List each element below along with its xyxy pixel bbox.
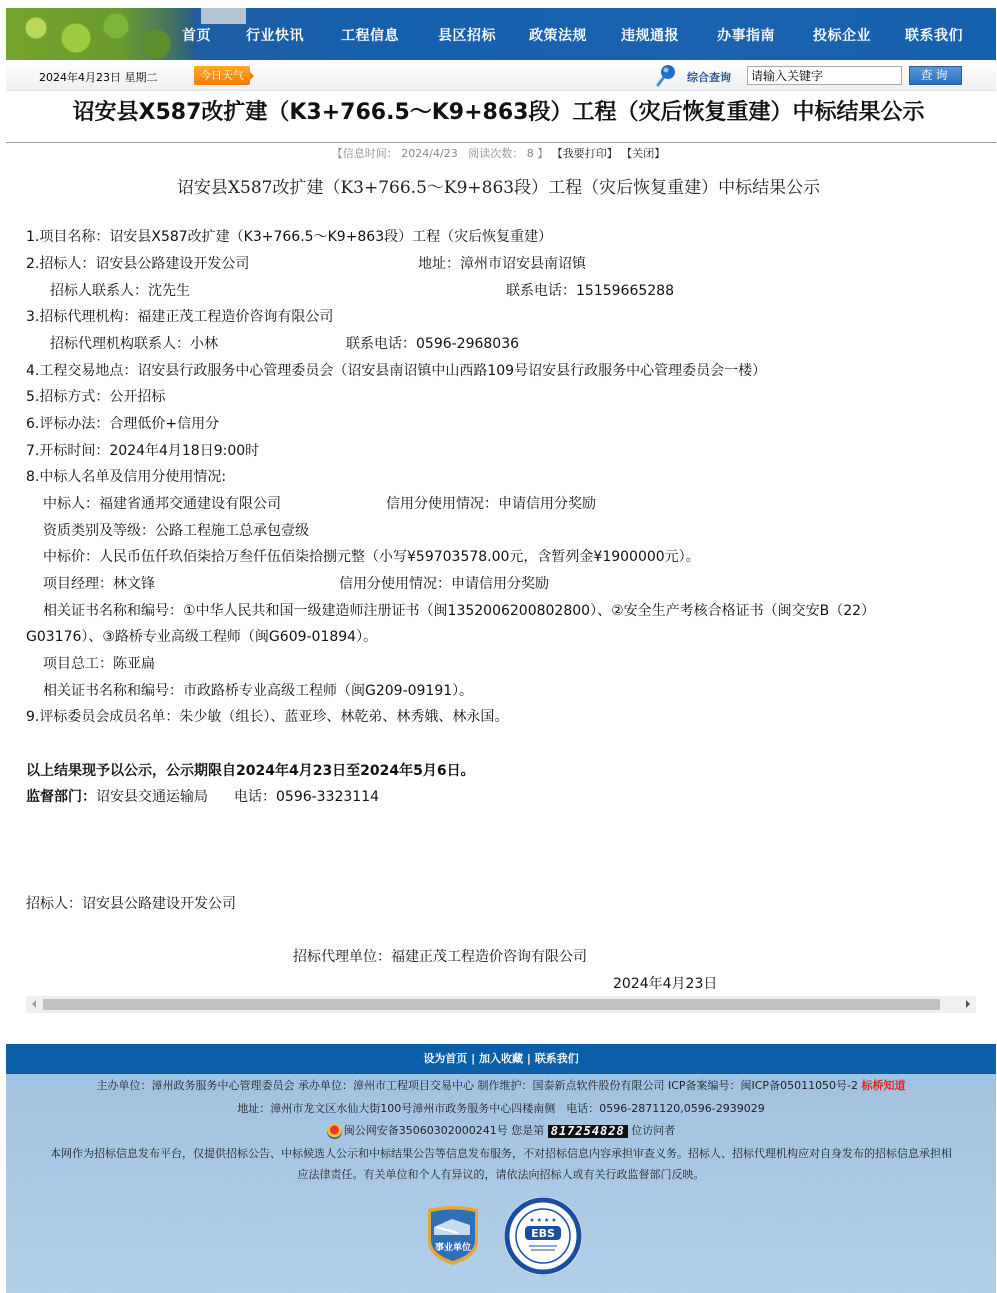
- page-title: 诏安县X587改扩建（K3+766.5～K9+863段）工程（灾后恢复重建）中标…: [0, 95, 997, 126]
- nav-item-3[interactable]: 县区招标: [438, 25, 496, 45]
- manager-certificates: 相关证书名称和编号：①中华人民共和国一级建造师注册证书（闽13520062008…: [43, 600, 875, 622]
- chief-engineer: 项目总工：陈亚扁: [43, 653, 155, 675]
- footer-visitor-suffix: 位访问者: [628, 1124, 676, 1137]
- footer-security-text: 闽公网安备35060302000241号 您是第: [344, 1124, 548, 1137]
- weather-button[interactable]: 今日天气: [194, 66, 250, 85]
- info-time-label: 【信息时间：: [332, 147, 398, 160]
- svg-text:★ ★ ★ ★: ★ ★ ★ ★: [529, 1217, 556, 1224]
- nav-item-2[interactable]: 工程信息: [341, 25, 399, 45]
- visitor-counter: 817254828: [548, 1125, 628, 1138]
- footer-disclaimer-cont: 应法律责任。有关单位和个人有异议的，请依法向招标人或有关行政监督部门反映。: [6, 1166, 996, 1182]
- project-name: 1.项目名称：诏安县X587改扩建（K3+766.5～K9+863段）工程（灾后…: [26, 226, 552, 248]
- footer-disclaimer: 本网作为招标信息发布平台，仅提供招标公告、中标候选人公示和中标结果公告等信息发布…: [6, 1145, 996, 1161]
- footer-security-line: 闽公网安备35060302000241号 您是第 817254828 位访问者: [6, 1122, 996, 1139]
- contact-us-link[interactable]: 联系我们: [535, 1052, 579, 1065]
- nav-item-0[interactable]: 首页: [182, 25, 211, 45]
- svg-text:事业单位: 事业单位: [435, 1241, 471, 1253]
- footer-separator: |: [523, 1052, 535, 1065]
- signature-tenderer: 招标人：诏安县公路建设开发公司: [26, 893, 236, 915]
- header-banner: 首页行业快讯工程信息县区招标政策法规违规通报办事指南投标企业联系我们: [6, 8, 996, 60]
- ebs-certification-badge-icon[interactable]: ★ ★ ★ ★ EBS: [497, 1196, 589, 1276]
- supervision-name: 诏安县交通运输局: [96, 789, 208, 805]
- svg-text:EBS: EBS: [531, 1227, 555, 1240]
- footer-organizer-line: 主办单位：漳州政务服务中心管理委员会 承办单位：漳州市工程项目交易中心 制作维护…: [6, 1077, 996, 1093]
- meta-close-bracket: 】: [537, 147, 548, 160]
- committee-members: 9.评标委员会成员名单：朱少敏（组长）、蓝亚珍、林乾弟、林秀娥、林永国。: [26, 706, 508, 728]
- scroll-thumb[interactable]: [43, 999, 940, 1010]
- nav-item-7[interactable]: 投标企业: [813, 25, 871, 45]
- title-divider: [6, 142, 996, 143]
- publicity-period: 以上结果现予以公示，公示期限自2024年4月23日至2024年5月6日。: [26, 760, 475, 782]
- police-badge-icon: [327, 1124, 342, 1139]
- add-favorite-link[interactable]: 加入收藏: [479, 1052, 523, 1065]
- scroll-left-arrow-icon[interactable]: [32, 1000, 36, 1008]
- public-institution-badge-icon[interactable]: 事业单位: [424, 1203, 482, 1267]
- search-button[interactable]: 查询: [909, 66, 962, 85]
- supervision-dept: 监督部门：诏安县交通运输局电话：0596-3323114: [26, 786, 379, 808]
- opening-time: 7.开标时间：2024年4月18日9:00时: [26, 440, 259, 462]
- current-date: 2024年4月23日 星期二: [39, 69, 158, 85]
- tenderer-address: 地址：漳州市诏安县南诏镇: [418, 253, 586, 275]
- tenderer-phone: 联系电话：15159665288: [506, 280, 674, 302]
- close-link[interactable]: 【关闭】: [621, 147, 665, 160]
- agency-phone: 联系电话：0596-2968036: [346, 333, 519, 355]
- agency-contact: 招标代理机构联系人：小林: [50, 333, 218, 355]
- agency: 3.招标代理机构：福建正茂工程造价咨询有限公司: [26, 306, 333, 328]
- nav-item-6[interactable]: 办事指南: [717, 25, 775, 45]
- horizontal-scrollbar[interactable]: [26, 996, 976, 1013]
- nav-item-4[interactable]: 政策法规: [529, 25, 587, 45]
- footer-address: 地址：漳州市龙文区水仙大街100号漳州市政务服务中心四楼南侧 电话：0596-2…: [6, 1100, 996, 1116]
- print-link[interactable]: 【我要打印】: [552, 147, 618, 160]
- manager-credit-usage: 信用分使用情况：申请信用分奖励: [339, 573, 549, 595]
- footer-separator: |: [467, 1052, 479, 1065]
- engineer-certificates: 相关证书名称和编号：市政路桥专业高级工程师（闽G209-09191）。: [43, 680, 473, 702]
- tenderer-contact: 招标人联系人：沈先生: [50, 280, 190, 302]
- tender-method: 5.招标方式：公开招标: [26, 386, 165, 408]
- winner-credit-usage: 信用分使用情况：申请信用分奖励: [386, 493, 596, 515]
- project-manager: 项目经理：林文锋: [43, 573, 155, 595]
- supervision-label: 监督部门：: [26, 789, 96, 805]
- winning-price: 中标价：人民币伍仟玖佰柒拾万叁仟伍佰柒拾捌元整（小写¥59703578.00元，…: [43, 546, 700, 568]
- trade-location: 4.工程交易地点：诏安县行政服务中心管理委员会（诏安县南诏镇中山西路109号诏安…: [26, 360, 766, 382]
- nav-item-5[interactable]: 违规通报: [621, 25, 679, 45]
- tenderer: 2.招标人：诏安县公路建设开发公司: [26, 253, 249, 275]
- scroll-right-arrow-icon[interactable]: [966, 1000, 970, 1008]
- footer-links-bar: 设为首页 | 加入收藏 | 联系我们: [6, 1044, 996, 1074]
- banner-building-image: [201, 8, 246, 24]
- signature-agency: 招标代理单位：福建正茂工程造价咨询有限公司: [293, 946, 587, 968]
- nav-item-1[interactable]: 行业快讯: [246, 25, 304, 45]
- search-input[interactable]: [747, 66, 902, 85]
- article-meta: 【信息时间： 2024/4/23 阅读次数： 8 】 【我要打印】 【关闭】: [0, 145, 997, 161]
- signature-date: 2024年4月23日: [613, 973, 717, 995]
- winner-name: 中标人：福建省通邦交通建设有限公司: [43, 493, 281, 515]
- nav-item-8[interactable]: 联系我们: [905, 25, 963, 45]
- info-time: 2024/4/23: [401, 147, 457, 160]
- biaoqiao-link[interactable]: 标桥知道: [862, 1079, 906, 1092]
- supervision-phone: 电话：0596-3323114: [234, 789, 379, 805]
- top-bar: 2024年4月23日 星期二 今日天气 综合查询 查询: [6, 60, 996, 91]
- qualification: 资质类别及等级：公路工程施工总承包壹级: [43, 520, 309, 542]
- winner-section-heading: 8.中标人名单及信用分使用情况:: [26, 466, 226, 488]
- magnifier-icon: [654, 64, 676, 88]
- read-count-label: 阅读次数：: [468, 147, 523, 160]
- set-homepage-link[interactable]: 设为首页: [423, 1052, 467, 1065]
- read-count: 8: [527, 147, 534, 160]
- article-title: 诏安县X587改扩建（K3+766.5～K9+863段）工程（灾后恢复重建）中标…: [0, 173, 997, 198]
- evaluation-method: 6.评标办法：合理低价+信用分: [26, 413, 219, 435]
- manager-certificates-cont: G03176）、③路桥专业高级工程师（闽G609-01894）。: [26, 626, 377, 648]
- footer-organizer-text: 主办单位：漳州政务服务中心管理委员会 承办单位：漳州市工程项目交易中心 制作维护…: [96, 1079, 861, 1092]
- search-label: 综合查询: [687, 69, 731, 85]
- banner-landscape-image: [6, 8, 196, 60]
